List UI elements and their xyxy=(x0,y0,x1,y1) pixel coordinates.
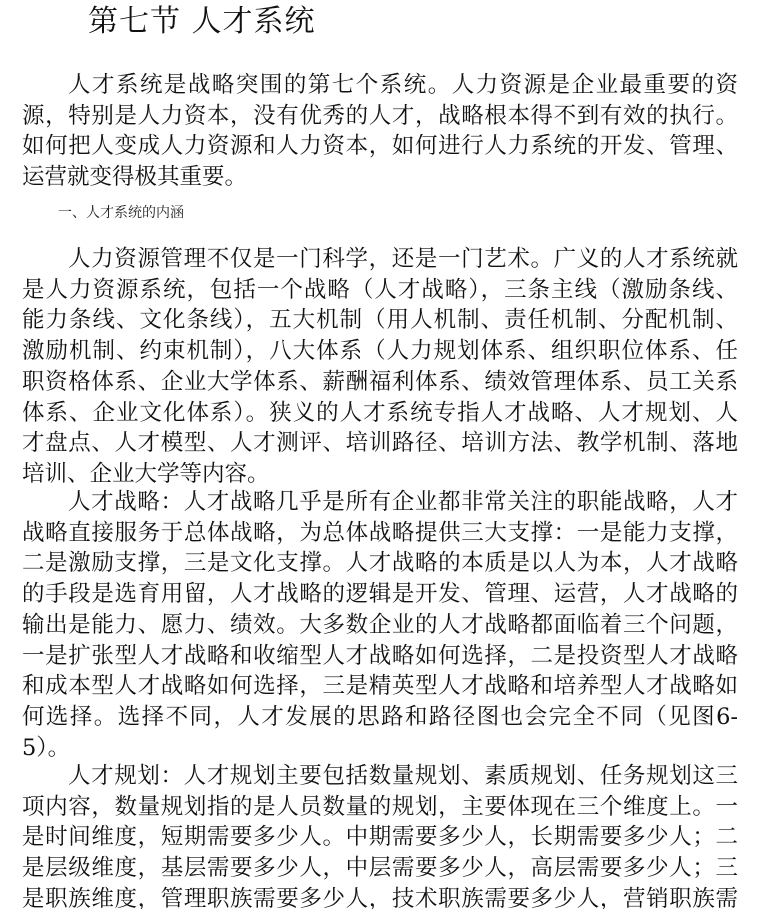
talent-planning-paragraph: 人才规划：人才规划主要包括数量规划、素质规划、任务规划这三 项内容，数量规划指的… xyxy=(22,761,738,909)
intro-paragraph: 人才系统是战略突围的第七个系统。人力资源是企业最重要的资 源，特别是人力资本，没… xyxy=(22,70,738,193)
text-line: 激励机制、约束机制），八大体系（人力规划体系、组织职位体系、任 xyxy=(22,336,738,367)
text-line: 体系、企业文化体系）。狭义的人才系统专指人才战略、人才规划、人 xyxy=(22,398,738,429)
definition-paragraph: 人力资源管理不仅是一门科学，还是一门艺术。广义的人才系统就 是人力资源系统，包括… xyxy=(22,244,738,490)
section-title: 第七节 人才系统 xyxy=(88,2,316,42)
talent-strategy-paragraph: 人才战略：人才战略几乎是所有企业都非常关注的职能战略，人才 战略直接服务于总体战… xyxy=(22,487,738,763)
text-line: 人才战略：人才战略几乎是所有企业都非常关注的职能战略，人才 xyxy=(22,487,738,518)
text-line: 能力条线、文化条线），五大机制（用人机制、责任机制、分配机制、 xyxy=(22,305,738,336)
text-line: 人才系统是战略突围的第七个系统。人力资源是企业最重要的资 xyxy=(22,70,738,101)
text-line: 培训、企业大学等内容。 xyxy=(22,459,738,490)
text-line: 才盘点、人才模型、人才测评、培训路径、培训方法、教学机制、落地 xyxy=(22,428,738,459)
text-line: 二是激励支撑，三是文化支撑。人才战略的本质是以人为本，人才战略 xyxy=(22,548,738,579)
text-line: 如何把人变成人力资源和人力资本，如何进行人力系统的开发、管理、 xyxy=(22,131,738,162)
text-line: 项内容，数量规划指的是人员数量的规划，主要体现在三个维度上。一 xyxy=(22,792,738,823)
subheading: 一、人才系统的内涵 xyxy=(58,203,184,223)
text-line: 一是扩张型人才战略和收缩型人才战略如何选择，二是投资型人才战略 xyxy=(22,641,738,672)
text-line: 是时间维度，短期需要多少人。中期需要多少人，长期需要多少人；二 xyxy=(22,822,738,853)
text-line: 职资格体系、企业大学体系、薪酬福利体系、绩效管理体系、员工关系 xyxy=(22,367,738,398)
text-line: 人力资源管理不仅是一门科学，还是一门艺术。广义的人才系统就 xyxy=(22,244,738,275)
text-line: 何选择。选择不同，人才发展的思路和路径图也会完全不同（见图6- xyxy=(22,702,738,733)
text-line: 是层级维度，基层需要多少人，中层需要多少人，高层需要多少人；三 xyxy=(22,853,738,884)
text-line: 源，特别是人力资本，没有优秀的人才，战略根本得不到有效的执行。 xyxy=(22,101,738,132)
text-line: 和成本型人才战略如何选择，三是精英型人才战略和培养型人才战略如 xyxy=(22,671,738,702)
text-line: 是人力资源系统，包括一个战略（人才战略），三条主线（激励条线、 xyxy=(22,275,738,306)
text-line: 战略直接服务于总体战略，为总体战略提供三大支撑：一是能力支撑， xyxy=(22,518,738,549)
text-line: 人才规划：人才规划主要包括数量规划、素质规划、任务规划这三 xyxy=(22,761,738,792)
text-line: 运营就变得极其重要。 xyxy=(22,162,738,193)
text-line: 的手段是选育用留，人才战略的逻辑是开发、管理、运营，人才战略的 xyxy=(22,579,738,610)
text-line: 是职族维度，管理职族需要多少人，技术职族需要多少人，营销职族需 xyxy=(22,884,738,909)
text-line: 5）。 xyxy=(22,733,738,764)
text-line: 输出是能力、愿力、绩效。大多数企业的人才战略都面临着三个问题， xyxy=(22,610,738,641)
